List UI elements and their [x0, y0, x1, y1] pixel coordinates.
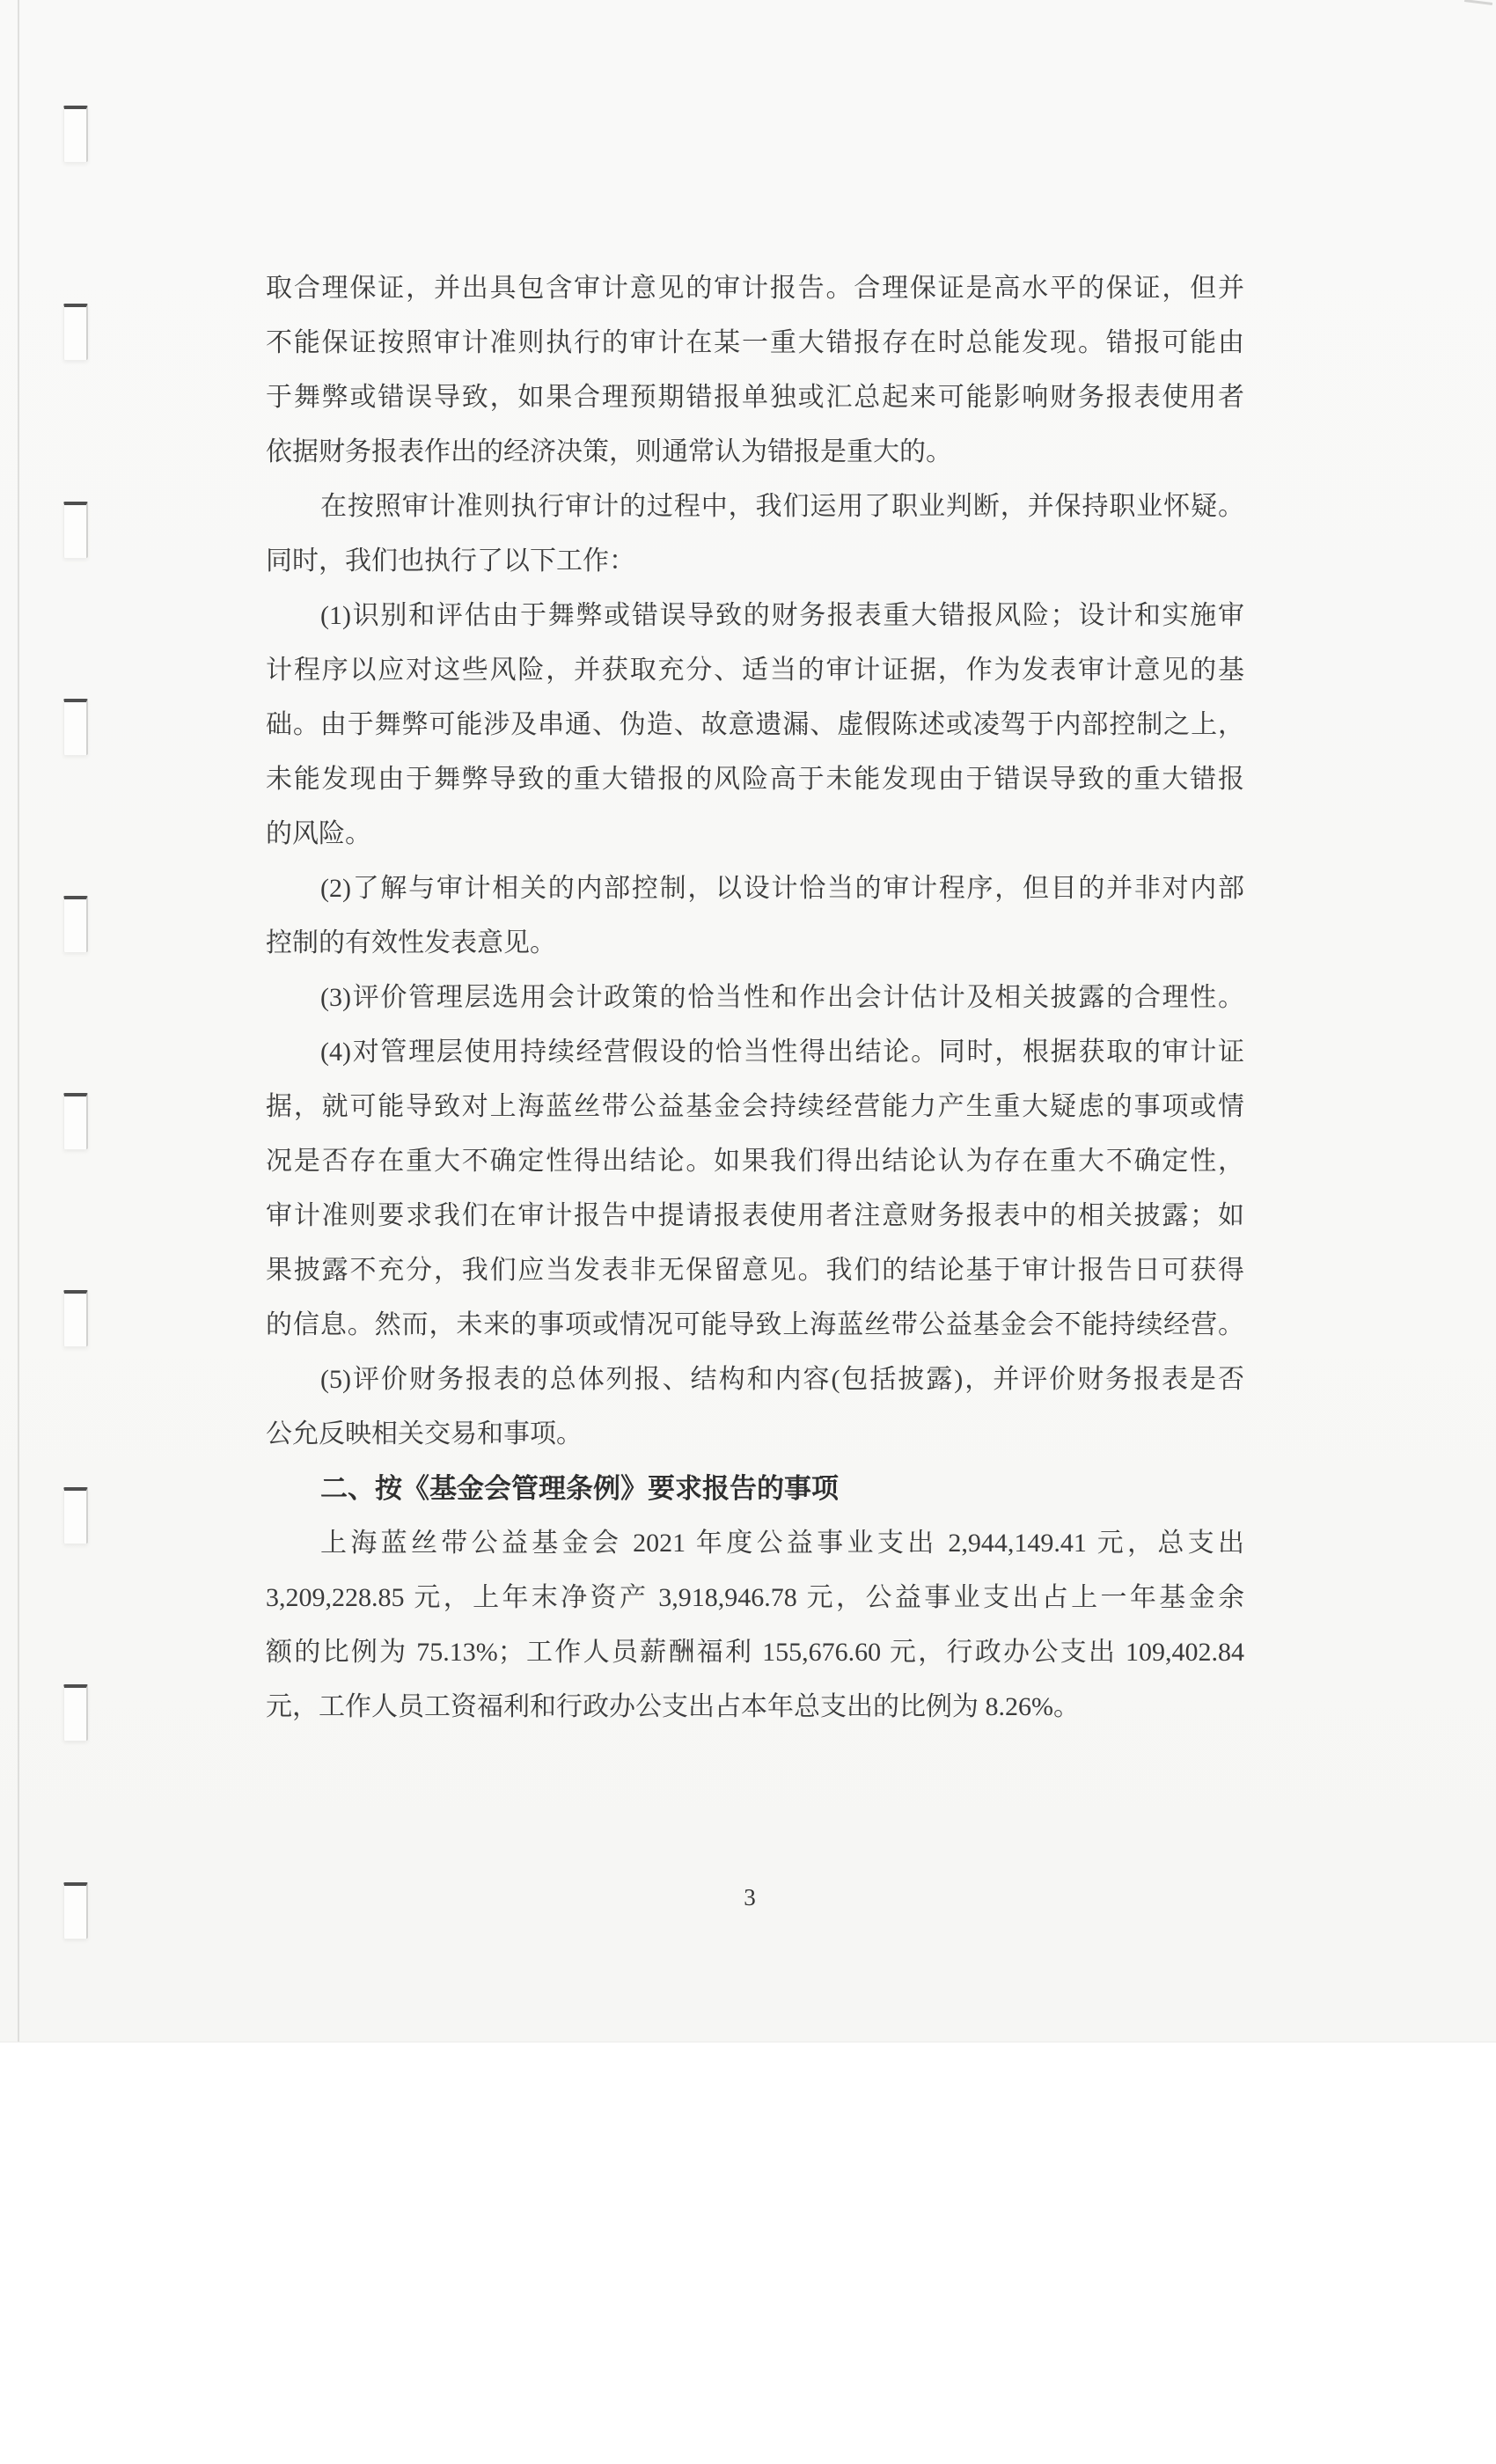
binder-hole-mark	[63, 1882, 88, 1939]
text-line: 依据财务报表作出的经济决策，则通常认为错报是重大的。	[266, 425, 1244, 480]
section-heading: 二、按《基金会管理条例》要求报告的事项	[266, 1462, 1244, 1516]
binder-hole-mark	[63, 699, 88, 755]
text-line: 3,209,228.85 元，上年末净资产 3,918,946.78 元，公益事…	[266, 1571, 1244, 1625]
text-line: (4)对管理层使用持续经营假设的恰当性得出结论。同时，根据获取的审计证	[266, 1025, 1244, 1080]
binder-hole-mark	[63, 502, 88, 558]
text-line: 在按照审计准则执行审计的过程中，我们运用了职业判断，并保持职业怀疑。	[266, 480, 1244, 534]
binder-hole-mark	[63, 304, 88, 360]
text-line: 取合理保证，并出具包含审计意见的审计报告。合理保证是高水平的保证，但并	[266, 261, 1244, 316]
text-line: 计程序以应对这些风险，并获取充分、适当的审计证据，作为发表审计意见的基	[266, 643, 1244, 698]
binder-hole-mark	[63, 1684, 88, 1741]
text-line: 未能发现由于舞弊导致的重大错报的风险高于未能发现由于错误导致的重大错报	[266, 752, 1244, 807]
text-line: 控制的有效性发表意见。	[266, 916, 1244, 971]
text-line: (2)了解与审计相关的内部控制，以设计恰当的审计程序，但目的并非对内部	[266, 862, 1244, 916]
binder-hole-mark	[63, 1290, 88, 1346]
text-line: (5)评价财务报表的总体列报、结构和内容(包括披露)，并评价财务报表是否	[266, 1353, 1244, 1407]
text-line: 础。由于舞弊可能涉及串通、伪造、故意遗漏、虚假陈述或凌驾于内部控制之上，	[266, 698, 1244, 752]
text-line: 据，就可能导致对上海蓝丝带公益基金会持续经营能力产生重大疑虑的事项或情	[266, 1080, 1244, 1134]
page-number: 3	[266, 1884, 1234, 1911]
text-line: 元，工作人员工资福利和行政办公支出占本年总支出的比例为 8.26%。	[266, 1680, 1244, 1734]
page-edge-line	[18, 0, 19, 2042]
text-line: 不能保证按照审计准则执行的审计在某一重大错报存在时总能发现。错报可能由	[266, 316, 1244, 370]
text-line: (1)识别和评估由于舞弊或错误导致的财务报表重大错报风险；设计和实施审	[266, 589, 1244, 643]
text-line: 于舞弊或错误导致，如果合理预期错报单独或汇总起来可能影响财务报表使用者	[266, 370, 1244, 425]
text-line: 的信息。然而，未来的事项或情况可能导致上海蓝丝带公益基金会不能持续经营。	[266, 1298, 1244, 1353]
binder-hole-mark	[63, 106, 88, 162]
text-line: 况是否存在重大不确定性得出结论。如果我们得出结论认为存在重大不确定性，	[266, 1134, 1244, 1189]
text-line: 审计准则要求我们在审计报告中提请报表使用者注意财务报表中的相关披露；如	[266, 1189, 1244, 1243]
binder-hole-mark	[63, 896, 88, 952]
document-page: 取合理保证，并出具包含审计意见的审计报告。合理保证是高水平的保证，但并 不能保证…	[0, 0, 1496, 2464]
text-line: 上海蓝丝带公益基金会 2021 年度公益事业支出 2,944,149.41 元，…	[266, 1516, 1244, 1571]
text-line: (3)评价管理层选用会计政策的恰当性和作出会计估计及相关披露的合理性。	[266, 971, 1244, 1025]
text-line: 果披露不充分，我们应当发表非无保留意见。我们的结论基于审计报告日可获得	[266, 1243, 1244, 1298]
text-line: 公允反映相关交易和事项。	[266, 1407, 1244, 1462]
text-line: 额的比例为 75.13%；工作人员薪酬福利 155,676.60 元，行政办公支…	[266, 1625, 1244, 1680]
text-column: 取合理保证，并出具包含审计意见的审计报告。合理保证是高水平的保证，但并 不能保证…	[266, 261, 1244, 1734]
text-line: 的风险。	[266, 807, 1244, 862]
text-line: 同时，我们也执行了以下工作：	[266, 534, 1244, 589]
binder-hole-mark	[63, 1093, 88, 1149]
binder-hole-mark	[63, 1487, 88, 1544]
